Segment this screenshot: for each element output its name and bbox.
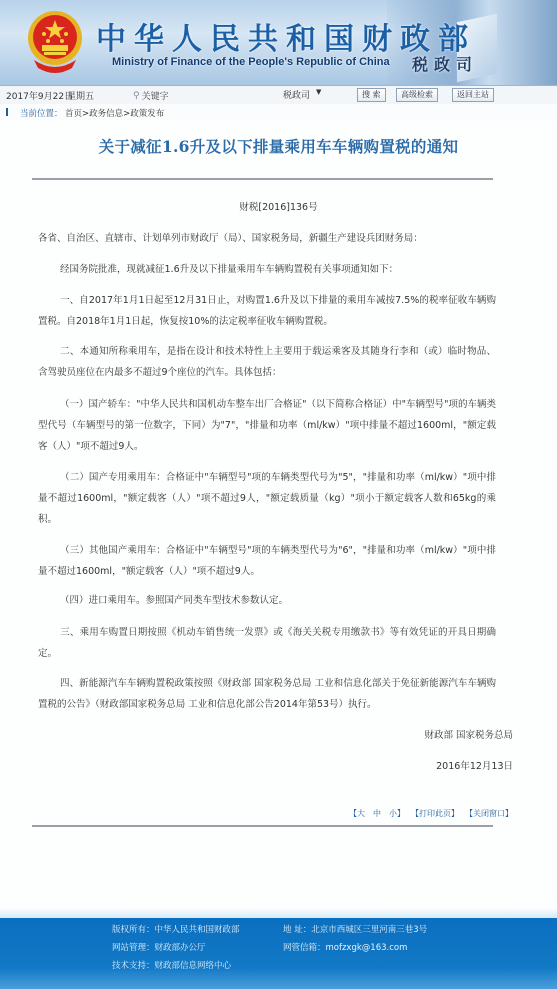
paragraph: （三）其他国产乘用车：合格证中"车辆型号"项的车辆类型代号为"6"，"排量和功率… <box>38 540 496 582</box>
site-title-en: Ministry of Finance of the People's Repu… <box>112 56 390 68</box>
paragraph: （二）国产专用乘用车：合格证中"车辆型号"项的车辆类型代号为"5"，"排量和功率… <box>38 467 496 530</box>
paragraph-text: （二）国产专用乘用车：合格证中"车辆型号"项的车辆类型代号为"5"，"排量和功率… <box>38 472 496 525</box>
paragraph: （四）进口乘用车。参照国产同类车型技术参数认定。 <box>38 590 496 611</box>
paragraph: 三、乘用车购置日期按照《机动车销售统一发票》或《海关关税专用缴款书》等有效凭证的… <box>38 622 496 664</box>
paragraph-text: 二、本通知所称乘用车，是指在设计和技术特性上主要用于载运乘客及其随身行李和（或）… <box>38 346 496 378</box>
footer-gradient <box>0 908 557 918</box>
return-main-site-button[interactable]: 返回主站 <box>452 88 494 102</box>
close-window-link[interactable]: 【关闭窗口】 <box>465 808 513 819</box>
footer-copyright: 版权所有：中华人民共和国财政部 <box>112 923 240 935</box>
national-emblem-icon <box>24 8 86 76</box>
document-number: 财税[2016]136号 <box>0 199 557 213</box>
article-tools: 【大 中 小】 【打印此页】 【关闭窗口】 <box>349 808 513 819</box>
header-banner: 中华人民共和国财政部 Ministry of Finance of the Pe… <box>0 0 557 85</box>
search-button[interactable]: 搜 索 <box>357 88 386 102</box>
paragraph-text: 三、乘用车购置日期按照《机动车销售统一发票》或《海关关税专用缴款书》等有效凭证的… <box>38 627 496 659</box>
print-page-link[interactable]: 【打印此页】 <box>411 808 459 819</box>
footer-site-admin: 网站管理：财政部办公厅 <box>112 941 206 953</box>
chevron-down-icon: ▼ <box>316 88 321 101</box>
search-icon: ⚲ <box>133 91 140 101</box>
toolbar: 2017年9月22日 星期五 ⚲ 关键字 税政司 ▼ 搜 索 高级检索 返回主站 <box>0 85 557 105</box>
paragraph: （一）国产轿车："中华人民共和国机动车整车出厂合格证"（以下简称合格证）中"车辆… <box>38 394 496 457</box>
scope-select-value: 税政司 <box>283 88 310 101</box>
title-divider <box>32 178 493 180</box>
search-placeholder: 关键字 <box>142 89 169 102</box>
paragraph: 一、自2017年1月1日起至12月31日止，对购置1.6升及以下排量的乘用车减按… <box>38 290 496 332</box>
search-input[interactable]: ⚲ 关键字 <box>133 89 169 102</box>
paragraph-text: 一、自2017年1月1日起至12月31日止，对购置1.6升及以下排量的乘用车减按… <box>38 295 496 327</box>
footer-tech-support: 技术支持：财政部信息网络中心 <box>112 959 231 971</box>
addressee: 各省、自治区、直辖市、计划单列市财政厅（局）、国家税务局，新疆生产建设兵团财务局… <box>38 228 496 249</box>
paragraph: 四、新能源汽车车辆购置税政策按照《财政部 国家税务总局 工业和信息化部关于免征新… <box>38 673 496 715</box>
paragraph: 经国务院批准，现就减征1.6升及以下排量乘用车车辆购置税有关事项通知如下： <box>38 259 496 280</box>
advanced-search-button[interactable]: 高级检索 <box>396 88 438 102</box>
signatory: 财政部 国家税务总局 <box>424 727 513 741</box>
paragraph-text: 经国务院批准，现就减征1.6升及以下排量乘用车车辆购置税有关事项通知如下： <box>60 264 398 275</box>
breadcrumb-path[interactable]: 首页>政务信息>政策发布 <box>65 107 164 119</box>
paragraph-text: （四）进口乘用车。参照国产同类车型技术参数认定。 <box>60 595 288 606</box>
font-size-toggle[interactable]: 【大 中 小】 <box>349 808 405 819</box>
footer: 版权所有：中华人民共和国财政部 地 址：北京市西城区三里河南三巷3号 网站管理：… <box>0 918 557 989</box>
breadcrumb: 当前位置： 首页>政务信息>政策发布 <box>0 104 557 120</box>
paragraph-text: （三）其他国产乘用车：合格证中"车辆型号"项的车辆类型代号为"6"，"排量和功率… <box>38 545 496 577</box>
bottom-divider <box>32 825 493 827</box>
paragraph-text: 四、新能源汽车车辆购置税政策按照《财政部 国家税务总局 工业和信息化部关于免征新… <box>38 678 496 710</box>
current-date: 2017年9月22日 <box>6 89 73 102</box>
breadcrumb-label: 当前位置： <box>20 107 63 119</box>
paragraph-text: （一）国产轿车："中华人民共和国机动车整车出厂合格证"（以下简称合格证）中"车辆… <box>38 399 496 452</box>
issue-date: 2016年12月13日 <box>436 758 513 772</box>
article-title: 关于减征1.6升及以下排量乘用车车辆购置税的通知 <box>0 135 557 157</box>
department-name: 税政司 <box>412 52 478 75</box>
current-weekday: 星期五 <box>67 89 94 102</box>
scope-select[interactable]: 税政司 ▼ <box>283 88 321 101</box>
footer-webmaster-email[interactable]: 网管信箱：mofzxgk@163.com <box>283 941 407 953</box>
footer-address: 地 址：北京市西城区三里河南三巷3号 <box>283 923 427 935</box>
breadcrumb-marker-icon <box>6 108 8 116</box>
paragraph: 二、本通知所称乘用车，是指在设计和技术特性上主要用于载运乘客及其随身行李和（或）… <box>38 341 496 383</box>
